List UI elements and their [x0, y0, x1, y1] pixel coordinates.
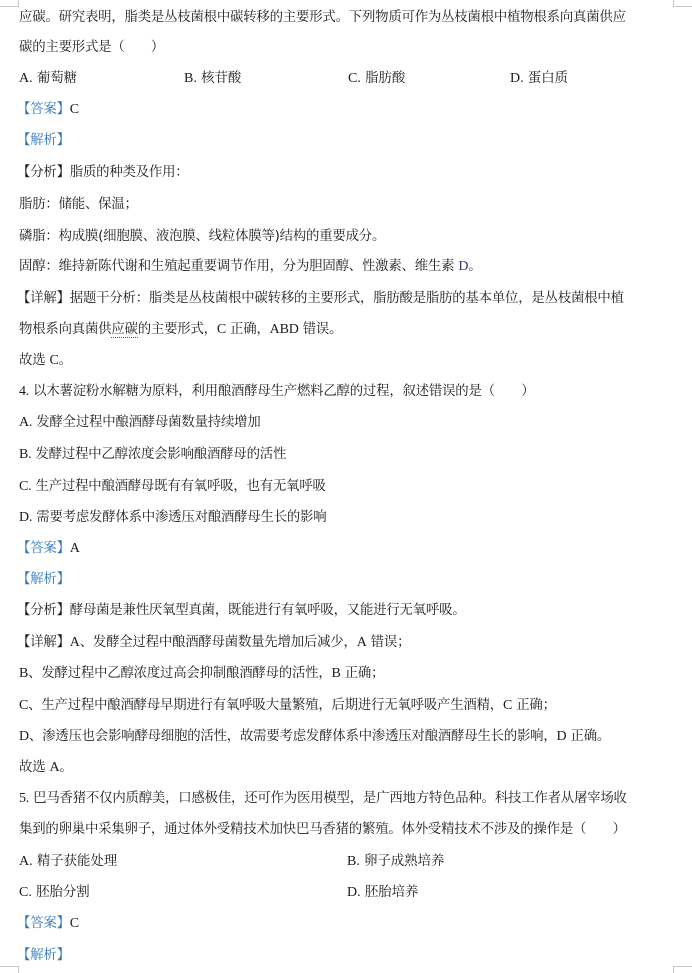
document-page: 应碳。研究表明，脂类是丛枝菌根中碳转移的主要形式。下列物质可作为丛枝菌根中植物根…: [0, 0, 692, 973]
q4-answer: 【答案】A: [17, 538, 80, 560]
page-corner-mark-top-left: [0, 0, 19, 7]
answer-tag: 【答案】: [17, 916, 70, 931]
q5-option-d: D. 胚胎培养: [347, 882, 418, 904]
q5-answer: 【答案】C: [17, 913, 79, 935]
q3-fat-line: 脂肪：储能、保温；: [19, 194, 138, 216]
page-corner-mark-bottom-left: [0, 966, 19, 973]
q5-stem-line-2: 集到的卵巢中采集卵子，通过体外受精技术加快巴马香猪的繁殖。体外受精技术不涉及的操…: [19, 819, 626, 841]
q3-conclusion: 故选 C。: [19, 350, 72, 372]
q5-option-c: C. 胚胎分割: [19, 882, 90, 904]
answer-value: C: [70, 916, 79, 931]
answer-tag: 【答案】: [17, 102, 70, 117]
q3-stem-line-2: 碳的主要形式是（ ）: [19, 37, 164, 59]
q3-analysis-heading: 【解析】: [17, 130, 70, 152]
q5-analysis-heading: 【解析】: [17, 945, 70, 967]
fenxi-tag: 【分析】: [17, 603, 70, 618]
q3-stem-text-a: 碳: [19, 40, 32, 55]
q4-analysis-heading: 【解析】: [17, 569, 70, 591]
q4-xiangjie-c: C、生产过程中酿酒酵母早期进行有氧呼吸大量繁殖，后期进行无氧呼吸产生酒精，C 正…: [19, 695, 556, 717]
q4-xiangjie-b: B、发酵过程中乙醇浓度过高会抑制酿酒酵母的活性，B 正确；: [19, 663, 384, 685]
q3-option-a: A. 葡萄糖: [19, 68, 77, 90]
xiangjie-tag: 【详解】: [17, 291, 70, 306]
q3-stem-text-b: 的主要形式是（ ）: [32, 40, 164, 55]
q3-xiangjie-line-1: 【详解】据题干分析：脂类是丛枝菌根中碳转移的主要形式，脂肪酸是脂肪的基本单位，是…: [17, 288, 624, 310]
q5-option-b: B. 卵子成熟培养: [347, 851, 444, 873]
q4-option-c: C. 生产过程中酿酒酵母既有有氧呼吸，也有无氧呼吸: [19, 476, 326, 498]
page-corner-mark-top-right: [673, 0, 692, 7]
q4-xiangjie-d: D、渗透压也会影响酵母细胞的活性，故需要考虑发酵体系中渗透压对酿酒酵母生长的影响…: [19, 726, 610, 748]
q3-stem-text: 应碳。研究表明，脂类是丛枝菌根中碳转移的主要形式。下列物质可作为丛枝菌根中植物根…: [19, 10, 626, 25]
q3-stem-line-1: 应碳。研究表明，脂类是丛枝菌根中碳转移的主要形式。下列物质可作为丛枝菌根中植物根…: [19, 7, 626, 29]
question-number: 4.: [19, 384, 29, 399]
q3-fenxi: 【分析】脂质的种类及作用：: [17, 162, 188, 184]
xiangjie-tag: 【详解】: [17, 635, 70, 650]
question-number: 5.: [19, 791, 29, 806]
q3-option-d: D. 蛋白质: [510, 68, 568, 90]
q4-option-a: A. 发酵全过程中酿酒酵母菌数量持续增加: [19, 412, 261, 434]
answer-value: C: [70, 102, 79, 117]
q4-fenxi: 【分析】酵母菌是兼性厌氧型真菌，既能进行有氧呼吸，又能进行无氧呼吸。: [17, 600, 465, 622]
q5-option-a: A. 精子获能处理: [19, 851, 117, 873]
q4-option-d: D. 需要考虑发酵体系中渗透压对酿酒酵母生长的影响: [19, 507, 326, 529]
q3-xiangjie-line-2: 物根系向真菌供应碳的主要形式，C 正确，ABD 错误。: [19, 319, 342, 341]
answer-value: A: [70, 541, 80, 556]
q3-option-b: B. 核苷酸: [184, 68, 241, 90]
q3-phospholipid-line: 磷脂：构成膜(细胞膜、液泡膜、线粒体膜等)结构的重要成分。: [19, 226, 385, 248]
answer-tag: 【答案】: [17, 541, 70, 556]
page-corner-mark-bottom-right: [673, 966, 692, 973]
q4-option-b: B. 发酵过程中乙醇浓度会影响酿酒酵母的活性: [19, 444, 286, 466]
q3-sterol-line: 固醇：维持新陈代谢和生殖起重要调节作用，分为胆固醇、性激素、维生素 D。: [19, 256, 481, 278]
q4-conclusion: 故选 A。: [19, 757, 73, 779]
q3-answer: 【答案】C: [17, 99, 79, 121]
fenxi-tag: 【分析】: [17, 165, 70, 180]
q3-option-c: C. 脂肪酸: [348, 68, 405, 90]
q4-stem: 4. 以木薯淀粉水解糖为原料，利用酿酒酵母生产燃料乙醇的过程，叙述错误的是（ ）: [19, 381, 534, 403]
q4-xiangjie-a: 【详解】A、发酵全过程中酿酒酵母菌数量先增加后减少，A 错误；: [17, 632, 410, 654]
q5-stem-line-1: 5. 巴马香猪不仅内质醇美，口感极佳，还可作为医用模型，是广西地方特色品种。科技…: [19, 788, 627, 810]
